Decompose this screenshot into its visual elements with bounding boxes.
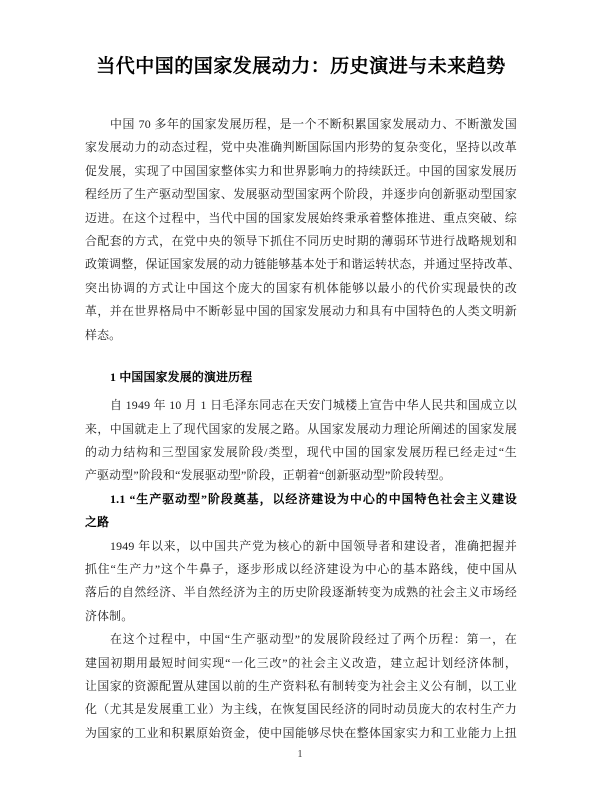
page-number: 1 [0, 749, 600, 760]
text-line: 济体制。 [85, 605, 517, 628]
paragraph: 在这个过程中，中国“生产驱动型”的发展阶段经过了两个历程：第一，在建国初期用最短… [85, 628, 517, 745]
text-line: 抓住“生产力”这个牛鼻子，逐步形成以经济建设为中心的基本路线，使中国从 [85, 558, 517, 581]
text-line: 家发展动力的动态过程，党中央准确判断国际国内形势的复杂变化，坚持以改革 [85, 136, 517, 159]
text-line: 合配套的方式，在党中央的领导下抓住不同历史时期的薄弱环节进行战略规划和 [85, 230, 517, 253]
text-line: 促发展，实现了中国国家整体实力和世界影响力的持续跃迁。中国的国家发展历 [85, 160, 517, 183]
text-line: 产驱动型”阶段和“发展驱动型”阶段，正朝着“创新驱动型”阶段转型。 [85, 464, 517, 487]
text-line: 在这个过程中，中国“生产驱动型”的发展阶段经过了两个历程：第一，在 [85, 628, 517, 651]
section-heading: 1 中国国家发展的演进历程 [85, 366, 517, 389]
text-line: 中国 70 多年的国家发展历程，是一个不断积累国家发展动力、不断激发国 [85, 113, 517, 136]
text-line: 来，中国就走上了现代国家的发展之路。从国家发展动力理论所阐述的国家发展 [85, 418, 517, 441]
paragraph: 中国 70 多年的国家发展历程，是一个不断积累国家发展动力、不断激发国家发展动力… [85, 113, 517, 347]
text-line: 突出协调的方式让中国这个庞大的国家有机体能够以最小的代价实现最快的改 [85, 277, 517, 300]
text-line: 建国初期用最短时间实现“一化三改”的社会主义改造，建立起计划经济体制， [85, 652, 517, 675]
text-line: 样态。 [85, 324, 517, 347]
document-body: 中国 70 多年的国家发展历程，是一个不断积累国家发展动力、不断激发国家发展动力… [85, 113, 517, 745]
text-line: 让国家的资源配置从建国以前的生产资料私有制转变为社会主义公有制，以工业 [85, 675, 517, 698]
text-line: 之路 [85, 511, 517, 534]
document-title: 当代中国的国家发展动力：历史演进与未来趋势 [85, 51, 517, 83]
text-line: 1949 年以来，以中国共产党为核心的新中国领导者和建设者，准确把握并 [85, 535, 517, 558]
text-line: 1.1 “生产驱动型”阶段奠基，以经济建设为中心的中国特色社会主义建设 [85, 488, 517, 511]
text-line: 程经历了生产驱动型国家、发展驱动型国家两个阶段，并逐步向创新驱动型国家 [85, 183, 517, 206]
text-line: 1 中国国家发展的演进历程 [85, 366, 517, 389]
document-page: 当代中国的国家发展动力：历史演进与未来趋势 中国 70 多年的国家发展历程，是一… [0, 0, 600, 800]
text-line: 迈进。在这个过程中，当代中国的国家发展始终秉承着整体推进、重点突破、综 [85, 207, 517, 230]
text-line: 落后的自然经济、半自然经济为主的历史阶段逐渐转变为成熟的社会主义市场经 [85, 581, 517, 604]
text-line: 自 1949 年 10 月 1 日毛泽东同志在天安门城楼上宣告中华人民共和国成立… [85, 394, 517, 417]
paragraph: 自 1949 年 10 月 1 日毛泽东同志在天安门城楼上宣告中华人民共和国成立… [85, 394, 517, 488]
text-line: 为国家的工业和积累原始资金，使中国能够尽快在整体国家实力和工业能力上扭 [85, 722, 517, 745]
text-line: 的动力结构和三型国家发展阶段/类型，现代中国的国家发展历程已经走过“生 [85, 441, 517, 464]
text-line: 化（尤其是发展重工业）为主线，在恢复国民经济的同时动员庞大的农村生产力 [85, 698, 517, 721]
paragraph: 1949 年以来，以中国共产党为核心的新中国领导者和建设者，准确把握并抓住“生产… [85, 535, 517, 629]
text-line: 政策调整，保证国家发展的动力链能够基本处于和谐运转状态，并通过坚持改革、 [85, 253, 517, 276]
subsection-heading: 1.1 “生产驱动型”阶段奠基，以经济建设为中心的中国特色社会主义建设之路 [85, 488, 517, 535]
text-line: 革，并在世界格局中不断彰显中国的国家发展动力和具有中国特色的人类文明新 [85, 300, 517, 323]
